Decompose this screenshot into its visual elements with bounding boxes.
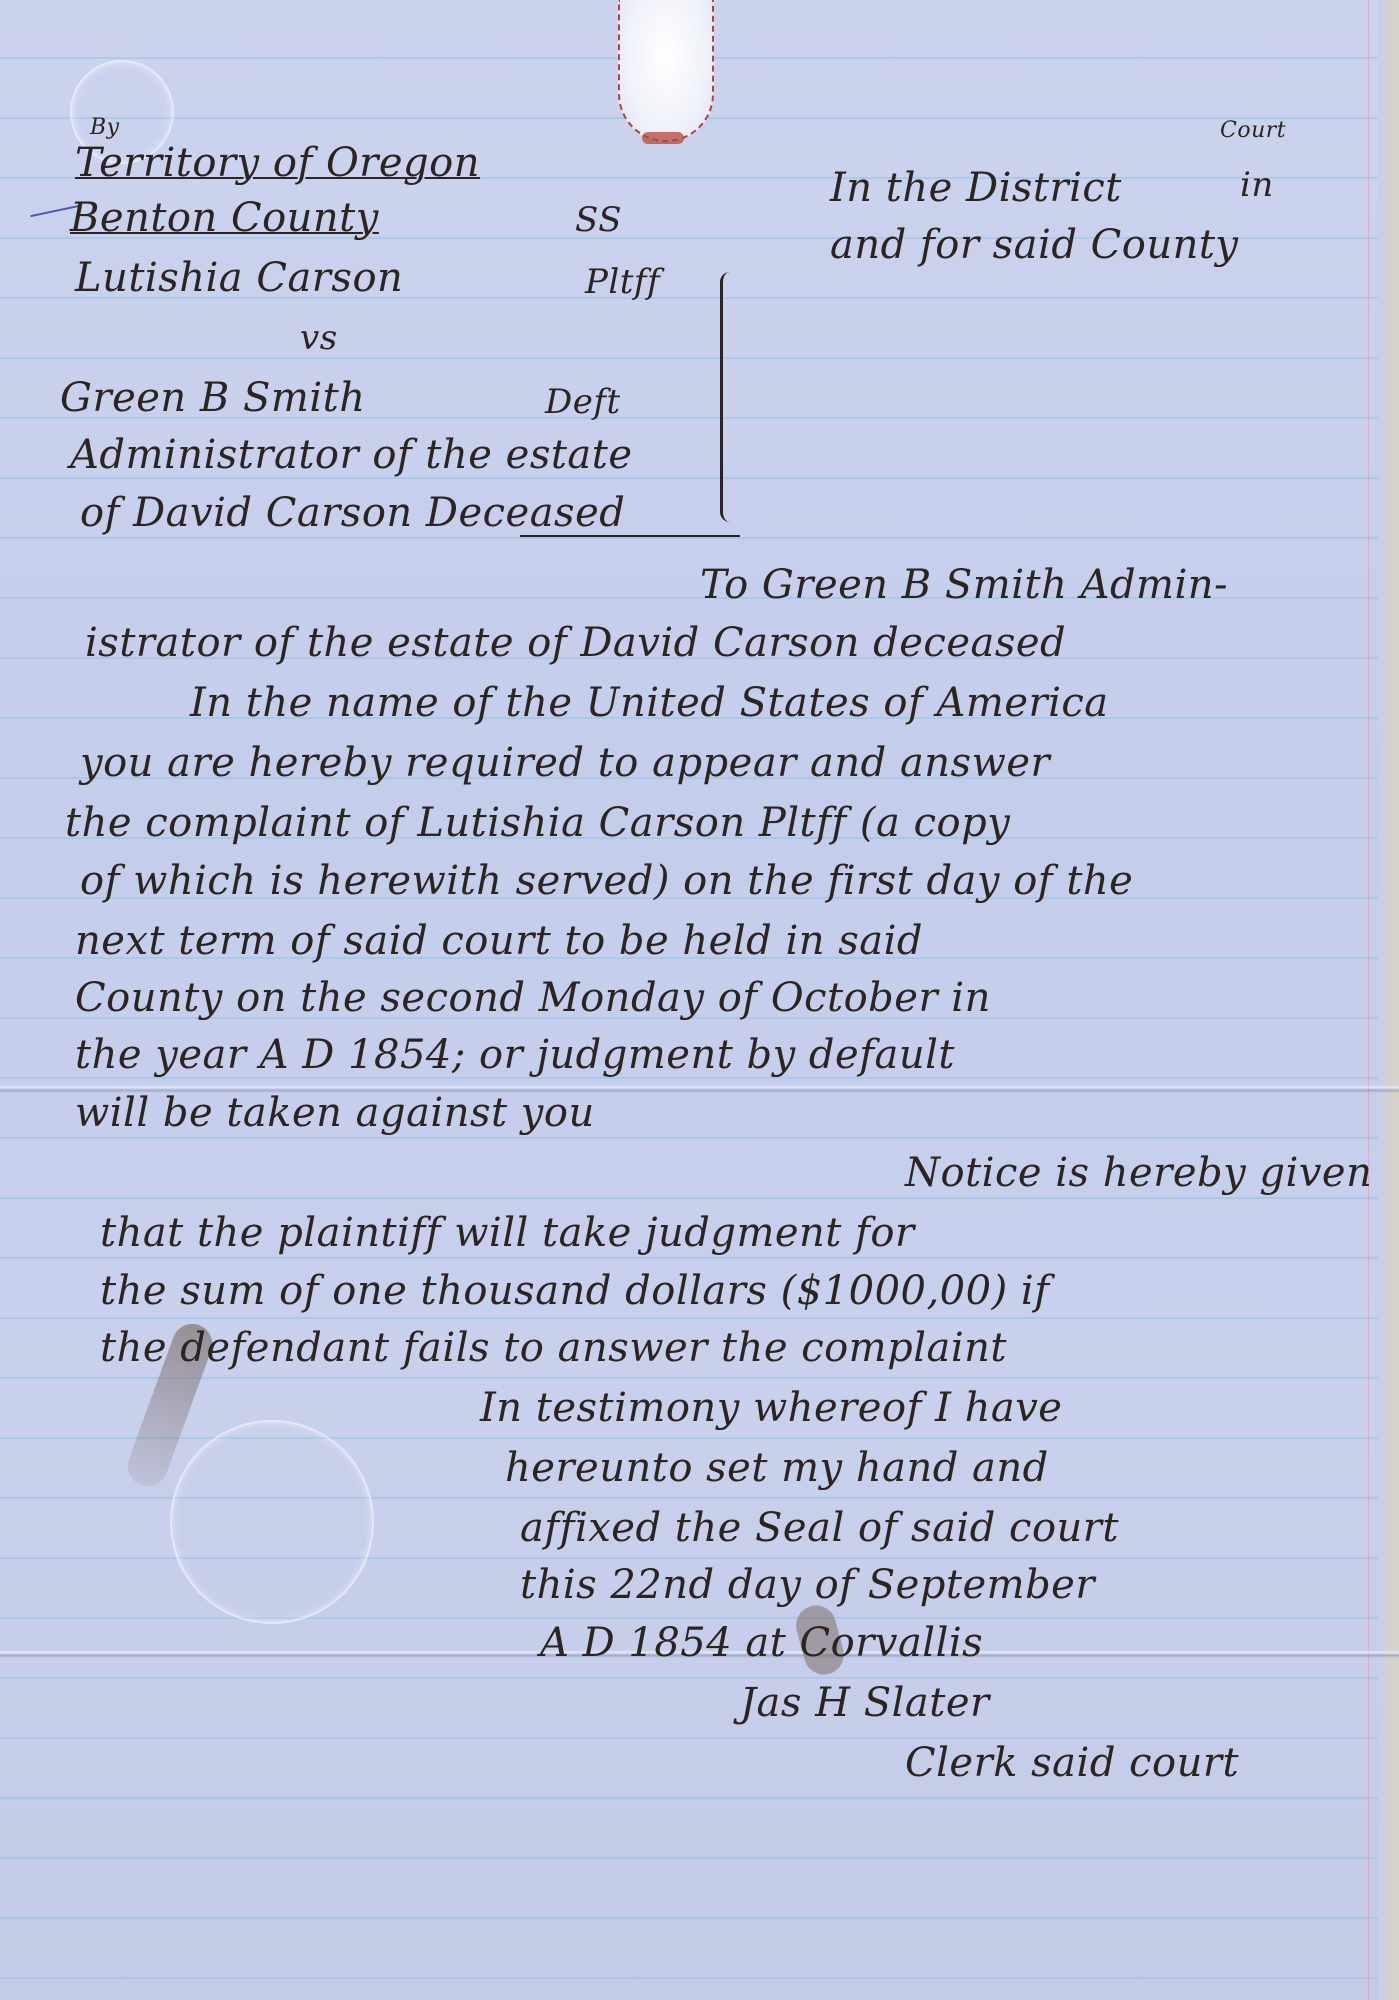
notice-line-4: the defendant fails to answer the compla… (100, 1325, 1007, 1371)
clerk-signature: Jas H Slater (740, 1680, 990, 1726)
body-line-4: you are hereby required to appear and an… (80, 740, 1050, 786)
plaintiff-name: Lutishia Carson (75, 255, 403, 301)
document-page: By Territory of Oregon Benton County SS … (0, 0, 1399, 2000)
notice-line-2: that the plaintiff will take judgment fo… (100, 1210, 915, 1256)
body-line-8: County on the second Monday of October i… (75, 975, 991, 1021)
defendant-capacity-2: of David Carson Deceased (80, 490, 625, 536)
ss-mark: SS (575, 200, 622, 240)
body-line-2: istrator of the estate of David Carson d… (85, 620, 1066, 666)
plaintiff-role: Pltff (585, 262, 660, 302)
defendant-name: Green B Smith (60, 375, 365, 421)
wax-seal-remnant (618, 0, 714, 142)
embossed-seal-court (170, 1420, 374, 1624)
notice-line-3: the sum of one thousand dollars ($1000,0… (100, 1268, 1050, 1314)
attestation-line-1: In testimony whereof I have (480, 1385, 1062, 1431)
body-line-10: will be taken against you (75, 1090, 595, 1136)
attestation-line-4: this 22nd day of September (520, 1562, 1095, 1608)
county-heading: Benton County (70, 195, 379, 241)
court-line-1-end: in (1240, 165, 1274, 205)
attestation-line-5: A D 1854 at Corvallis (540, 1620, 983, 1666)
margin-rule (1368, 0, 1369, 2000)
caption-brace (720, 272, 743, 522)
defendant-role: Deft (545, 382, 621, 422)
court-line-2: and for said County (830, 222, 1239, 268)
paper-edge (1378, 0, 1399, 2000)
defendant-capacity-1: Administrator of the estate (70, 432, 633, 478)
body-line-5: the complaint of Lutishia Carson Pltff (… (65, 800, 1010, 846)
body-line-3: In the name of the United States of Amer… (190, 680, 1109, 726)
body-line-1: To Green B Smith Admin- (700, 562, 1228, 608)
attestation-line-3: affixed the Seal of said court (520, 1505, 1119, 1551)
body-line-6: of which is herewith served) on the firs… (80, 858, 1133, 904)
versus: vs (300, 318, 338, 358)
caption-prefix: By (90, 115, 120, 140)
attestation-line-2: hereunto set my hand and (505, 1445, 1049, 1491)
notice-line-1: Notice is hereby given (905, 1150, 1372, 1196)
court-line-1: In the District (830, 165, 1122, 211)
caption-brace-underline (520, 535, 740, 537)
court-insertion: Court (1220, 118, 1286, 143)
body-line-9: the year A D 1854; or judgment by defaul… (75, 1032, 955, 1078)
territory-heading: Territory of Oregon (75, 140, 480, 186)
clerk-title: Clerk said court (905, 1740, 1239, 1786)
body-line-7: next term of said court to be held in sa… (75, 918, 923, 964)
